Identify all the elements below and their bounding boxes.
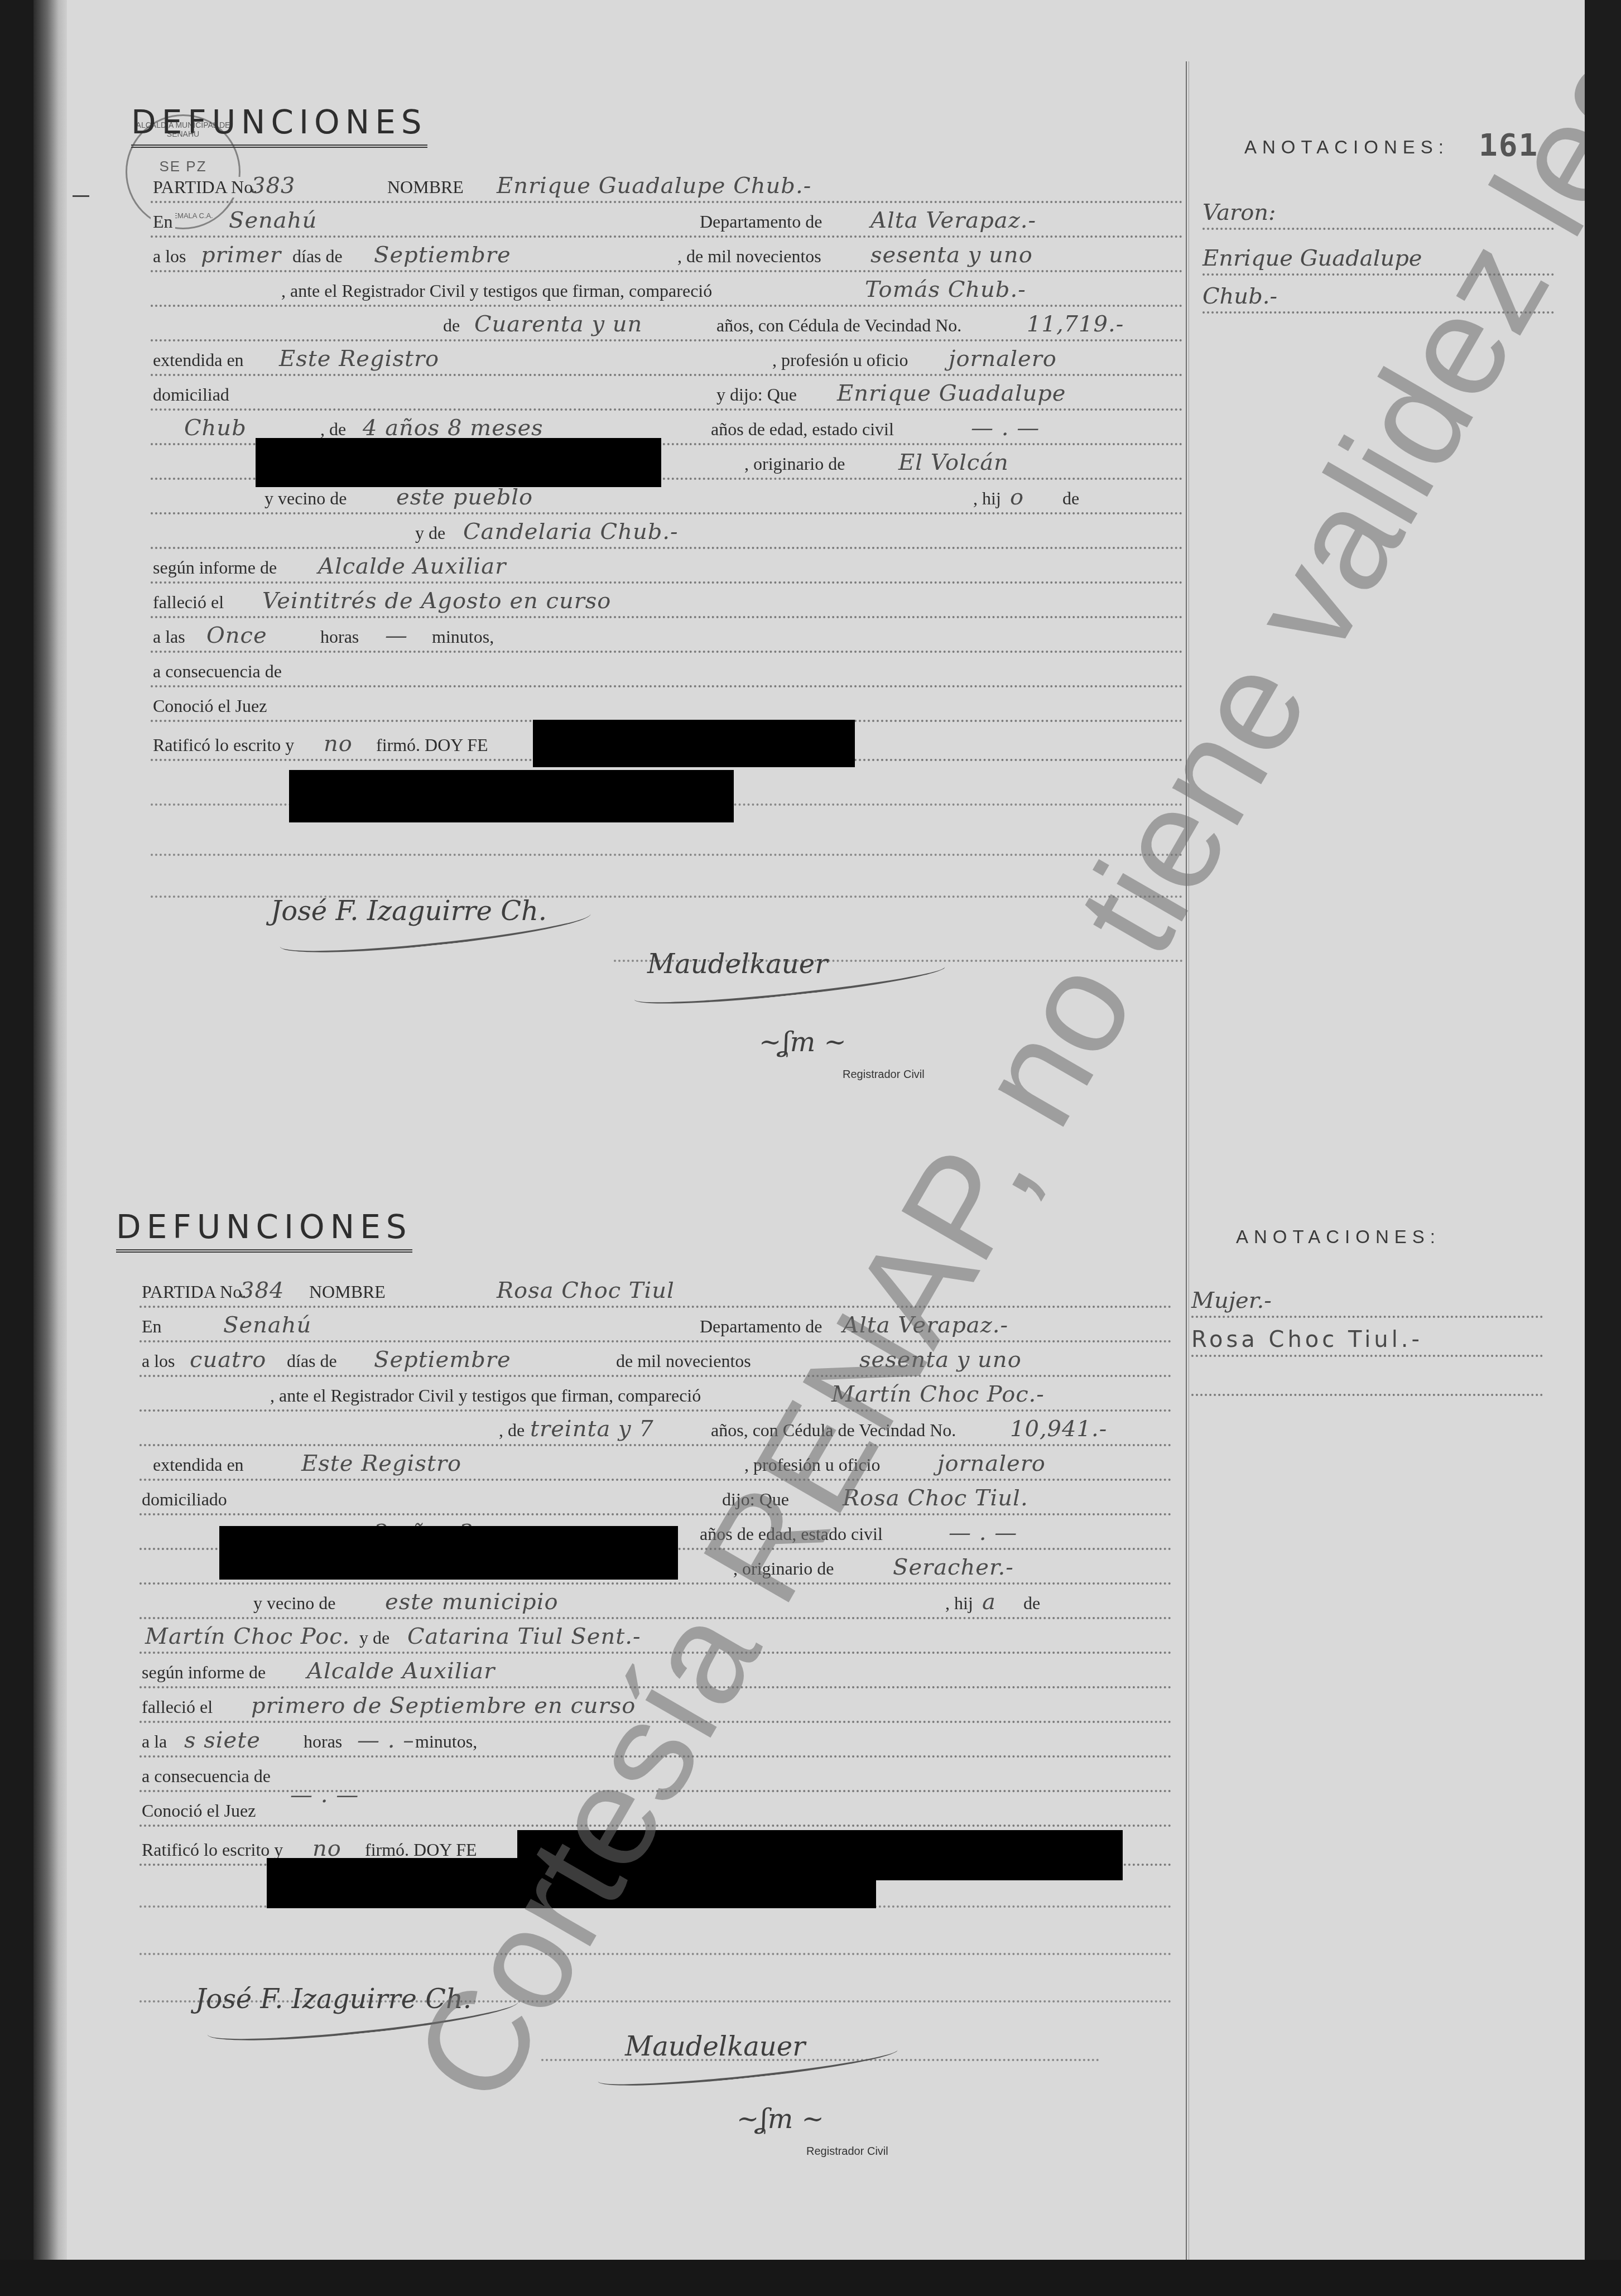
margin-mark [73,195,89,197]
book-spine [33,0,67,2260]
signature-registrar: ~ʆm ~ [737,2104,824,2135]
row-compareciente: , ante el Registrador Civil y testigos q… [140,1376,1172,1412]
mil-novecientos-label: de mil novecientos [614,1351,753,1371]
signature-line [151,862,1183,898]
vecino-label: y vecino de [251,1593,338,1614]
row-extendida: extendida en Este Registro , profesión u… [140,1445,1172,1481]
profesion-label: , profesión u oficio [770,350,911,370]
annotation-text: Enrique Guadalupe [1202,246,1422,271]
compareciente-value: Martín Choc Poc.- [831,1382,1045,1407]
annotation-text: Varon: [1202,200,1276,225]
mes-value: Septiembre [374,242,511,268]
ante-label: , ante el Registrador Civil y testigos q… [268,1385,703,1406]
extendida-label: extendida en [151,350,246,370]
fallecido-value: Enrique Guadalupe [837,381,1066,406]
extendida-value: Este Registro [279,346,439,372]
ante-label: , ante el Registrador Civil y testigos q… [279,281,714,301]
domiciliado-label: domiciliad [151,384,232,405]
departamento-value: Alta Verapaz.- [843,1312,1008,1338]
y-dijo-label: dijo: Que [720,1489,791,1510]
cedula-label: años, con Cédula de Vecindad No. [709,1420,958,1441]
firmo-label: firmó. DOY FE [363,1840,479,1860]
annotation-line: Enrique Guadalupe [1202,241,1554,276]
segun-label: según informe de [140,1662,268,1683]
row-partida: PARTIDA No. 383 NOMBRE Enrique Guadalupe… [151,167,1183,203]
fecha-fallecimiento-value: primero de Septiembre en curso [251,1693,636,1719]
row-hora: a las Once horas — minutos, [151,617,1183,653]
nombre-label: NOMBRE [307,1282,388,1302]
en-value: Senahú [229,208,317,233]
signature-line [151,820,1183,856]
juez-label: Conoció el Juez [140,1801,258,1821]
registrador-civil-label: Registrador Civil [843,1068,925,1081]
hora-value: Once [206,623,267,648]
en-label: En [140,1316,164,1337]
nombre-value: Rosa Choc Tiul [497,1278,675,1303]
extendida-value: Este Registro [301,1451,461,1476]
cedula-value: 10,941.- [1010,1416,1107,1442]
edad-compareciente-value: treinta y 7 [530,1416,654,1442]
signature-line [140,1919,1172,1955]
row-partida: PARTIDA No. 384 NOMBRE Rosa Choc Tiul [140,1272,1172,1308]
madre-value: Candelaria Chub.- [463,519,679,545]
redaction-block [256,438,661,487]
extendida-label: extendida en [151,1455,246,1475]
en-value: Senahú [223,1312,311,1338]
section-title-defunciones: DEFUNCIONES [116,1208,412,1253]
annotation-line [1191,1361,1543,1396]
informe-value: Alcalde Auxiliar [318,553,506,579]
row-en: En Senahú Departamento de Alta Verapaz.- [151,202,1183,238]
row-informe: según informe de Alcalde Auxiliar [151,548,1183,584]
ratifico-value: no [324,731,353,757]
registrador-civil-label: Registrador Civil [806,2145,888,2158]
edad-label: años de edad, estado civil [698,1524,885,1544]
edad-label: años de edad, estado civil [709,419,896,440]
fallecido-cont-value: Chub [184,415,247,441]
juez-value: — . — [290,1782,359,1808]
row-padres: Martín Choc Poc. y de Catarina Tiul Sent… [140,1618,1172,1654]
mes-value: Septiembre [374,1347,511,1373]
a-los-label: a los [140,1351,177,1371]
profesion-value: jornalero [937,1451,1046,1476]
madre-value: Catarina Tiul Sent.- [407,1624,641,1649]
minutos-label: minutos, [413,1731,479,1752]
page-edge-bottom [0,2260,1621,2296]
register-page: ALCALDIA MUNICIPAL DE SENAHU SE PZ GUATE… [33,0,1585,2260]
fecha-fallecimiento-value: Veintitrés de Agosto en curso [262,588,611,614]
horas-label: horas [318,627,361,647]
row-cedula: de Cuarenta y un años, con Cédula de Vec… [151,306,1183,341]
row-domicilio: domiciliad y dijo: Que Enrique Guadalupe [151,375,1183,411]
ratifico-label: Ratificó lo escrito y [151,735,296,755]
annotation-line: Rosa Choc Tiul.- [1191,1322,1543,1357]
minutos-label: minutos, [430,627,496,647]
hijo-label: , hij [943,1593,975,1614]
informe-value: Alcalde Auxiliar [307,1658,495,1684]
signature-registrar: ~ʆm ~ [759,1027,846,1058]
fallecido-value: Rosa Choc Tiul. [843,1485,1028,1511]
row-vecino: y vecino de este municipio , hij a de [140,1583,1172,1619]
redaction-block [267,1858,876,1908]
estado-civil-value: — . — [971,415,1040,441]
mil-novecientos-label: , de mil novecientos [675,246,824,267]
anio-value: sesenta y uno [859,1347,1022,1373]
row-domicilio: domiciliado dijo: Que Rosa Choc Tiul. [140,1480,1172,1515]
consecuencia-label: a consecuencia de [140,1766,273,1787]
section-title-defunciones: DEFUNCIONES [131,103,427,148]
fallecio-label: falleció el [151,592,226,613]
originario-label: , originario de [731,1558,836,1579]
a-los-label: a los [151,246,189,267]
vecino-value: este municipio [385,1589,559,1615]
partida-number: 384 [240,1278,284,1303]
folio-number: 161 [1479,127,1538,163]
vecino-label: y vecino de [262,488,349,509]
minutos-value: — [385,623,408,648]
ratifico-label: Ratificó lo escrito y [140,1840,285,1860]
annotation-line: Chub.- [1202,279,1554,314]
row-madre: y de Candelaria Chub.- [151,513,1183,549]
redaction-block [289,770,734,822]
y-dijo-label: y dijo: Que [714,384,799,405]
dia-value: cuatro [190,1347,266,1373]
edad-fallecido-value: 4 años 8 meses [363,415,543,441]
hora-value: s siete [184,1727,261,1753]
cedula-label: años, con Cédula de Vecindad No. [714,315,964,336]
de2-label: , de [318,419,348,440]
estado-civil-value: — . — [949,1520,1017,1546]
y-de-label: y de [413,523,448,543]
annotations-title: ANOTACIONES: [1236,1226,1441,1248]
segun-label: según informe de [151,557,279,578]
cedula-value: 11,719.- [1027,311,1124,337]
row-cedula: , de treinta y 7 años, con Cédula de Vec… [140,1411,1172,1446]
fallecio-label: falleció el [140,1697,215,1717]
row-consecuencia: a consecuencia de [151,652,1183,687]
annotation-text: Chub.- [1202,283,1277,309]
nombre-label: NOMBRE [385,177,466,198]
firmo-label: firmó. DOY FE [374,735,490,755]
padre-value: Martín Choc Poc. [145,1624,350,1649]
annotation-text: Mujer.- [1191,1288,1272,1313]
row-compareciente: , ante el Registrador Civil y testigos q… [151,271,1183,307]
partida-label: PARTIDA No. [140,1282,248,1302]
originario-label: , originario de [742,454,847,474]
a-las-label: a la [140,1731,169,1752]
originario-value: Seracher.- [893,1554,1014,1580]
domiciliado-label: domiciliado [140,1489,229,1510]
departamento-label: Departamento de [698,211,824,232]
en-label: En [151,211,175,232]
column-divider [1186,61,1189,2260]
annotation-text: Rosa Choc Tiul.- [1191,1327,1423,1352]
row-extendida: extendida en Este Registro , profesión u… [151,340,1183,376]
de3-label: de [1060,488,1081,509]
hijo-label: , hij [971,488,1003,509]
profesion-value: jornalero [949,346,1057,372]
row-fecha: a los primer días de Septiembre , de mil… [151,237,1183,272]
consecuencia-label: a consecuencia de [151,661,284,682]
nombre-value: Enrique Guadalupe Chub.- [497,173,811,199]
dias-de-label: días de [290,246,345,267]
a-las-label: a las [151,627,187,647]
vecino-value: este pueblo [396,484,533,510]
juez-label: Conoció el Juez [151,696,269,716]
originario-value: El Volcán [898,450,1009,475]
row-fecha: a los cuatro días de Septiembre de mil n… [140,1341,1172,1377]
anio-value: sesenta y uno [870,242,1033,268]
departamento-value: Alta Verapaz.- [870,208,1036,233]
row-hora: a la s siete horas — . — minutos, [140,1722,1172,1758]
row-fallecio: falleció el primero de Septiembre en cur… [140,1687,1172,1723]
compareciente-value: Tomás Chub.- [865,277,1026,302]
de-label: de [441,315,462,336]
hijo-suffix-value: o [1010,484,1024,510]
profesion-label: , profesión u oficio [742,1455,883,1475]
row-informe: según informe de Alcalde Auxiliar [140,1653,1172,1688]
dias-de-label: días de [285,1351,339,1371]
row-juez: Conoció el Juez [151,686,1183,722]
edad-compareciente-value: Cuarenta y un [474,311,642,337]
row-fallecio: falleció el Veintitrés de Agosto en curs… [151,583,1183,618]
annotation-line: Varon: [1202,195,1554,230]
hijo-suffix-value: a [982,1589,996,1615]
y-de-label: y de [357,1628,392,1648]
redaction-block [219,1526,678,1580]
row-en: En Senahú Departamento de Alta Verapaz.- [140,1307,1172,1342]
row-juez: Conoció el Juez — . — [140,1791,1172,1827]
annotations-title: ANOTACIONES: [1244,137,1449,158]
annotation-line: Mujer.- [1191,1283,1543,1318]
redaction-block [533,720,855,767]
de3-label: de [1021,1593,1042,1614]
partida-number: 383 [251,173,295,199]
departamento-label: Departamento de [698,1316,824,1337]
horas-label: horas [301,1731,344,1752]
partida-label: PARTIDA No. [151,177,259,198]
page-edge-right [1585,0,1621,2296]
dia-value: primer [201,242,281,268]
de-label: , de [497,1420,527,1441]
